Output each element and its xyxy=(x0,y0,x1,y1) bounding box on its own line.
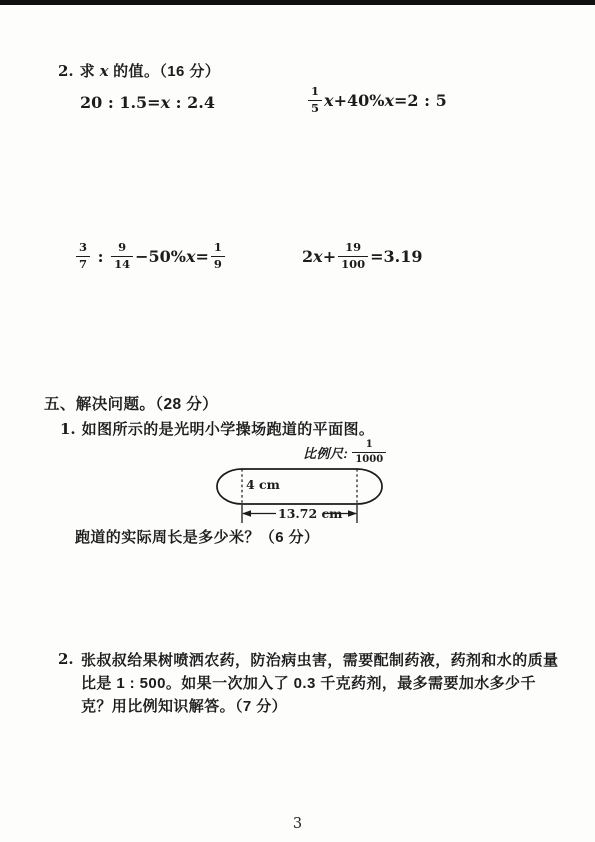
section-five-heading: 五、解决问题。（28 分） xyxy=(44,395,218,416)
scale-fraction: 1 1000 xyxy=(352,440,386,465)
fraction-denominator: 14 xyxy=(111,256,133,271)
fraction: 15 xyxy=(308,86,322,114)
heading-text-post: 的值。（16 分） xyxy=(109,63,221,80)
problem-2-text: 张叔叔给果树喷洒农药，防治病虫害，需要配制药液，药剂和水的质量 比是 1 : 5… xyxy=(81,649,558,718)
problem-2-line-2: 比是 1 : 500。如果一次加入了 0.3 千克药剂，最多需要加水多少千 xyxy=(81,672,558,695)
fraction-denominator: 7 xyxy=(76,256,90,271)
math-text: +40% xyxy=(334,91,385,110)
scale-fraction-numerator: 1 xyxy=(363,440,376,452)
fraction-numerator: 9 xyxy=(115,242,129,256)
problem-1-text: 如图所示的是光明小学操场跑道的平面图。 xyxy=(82,421,375,438)
equation-3: 37 : 914−50%x=19 xyxy=(74,242,227,270)
problem-2-statement: 2. 张叔叔给果树喷洒农药，防治病虫害，需要配制药液，药剂和水的质量 比是 1 … xyxy=(58,649,558,718)
scan-edge-bar xyxy=(0,0,595,5)
fraction-numerator: 1 xyxy=(308,86,322,100)
heading-text-pre: 求 xyxy=(80,63,100,80)
math-text: : 2.4 xyxy=(170,93,215,112)
fraction: 19100 xyxy=(338,242,368,270)
math-text: : xyxy=(92,247,109,266)
math-text: 20 : 1.5= xyxy=(80,93,161,112)
right-arrowhead xyxy=(348,510,357,516)
equation-4: 2x+19100=3.19 xyxy=(302,242,422,270)
straight-length-label: 13.72 cm xyxy=(278,506,342,521)
math-variable: x xyxy=(161,93,171,112)
problem-1-question: 跑道的实际周长是多少米？（6 分） xyxy=(75,528,319,548)
math-text: =2 : 5 xyxy=(394,91,447,110)
track-outline xyxy=(217,469,382,504)
page-number: 3 xyxy=(0,816,595,832)
math-variable: x xyxy=(324,91,334,110)
math-text: −50% xyxy=(135,247,186,266)
left-arrowhead xyxy=(242,510,251,516)
fraction: 37 xyxy=(76,242,90,270)
fraction-numerator: 19 xyxy=(342,242,364,256)
fraction: 19 xyxy=(211,242,225,270)
math-variable: x xyxy=(313,247,323,266)
fraction-denominator: 9 xyxy=(211,256,225,271)
scale-fraction-denominator: 1000 xyxy=(352,452,386,465)
fraction-numerator: 3 xyxy=(76,242,90,256)
problem-1-number: 1. xyxy=(60,420,76,438)
problem-2-line-1: 张叔叔给果树喷洒农药，防治病虫害，需要配制药液，药剂和水的质量 xyxy=(81,649,558,672)
solve-x-heading: 2.求 x 的值。（16 分） xyxy=(58,61,220,82)
math-text: = xyxy=(196,247,209,266)
fraction-numerator: 1 xyxy=(211,242,225,256)
equation-2: 15x+40%x=2 : 5 xyxy=(306,86,447,114)
problem-2-line-3: 克？用比例知识解答。（7 分） xyxy=(81,695,558,718)
scale-label-group: 比例尺: 1 1000 xyxy=(303,440,388,465)
heading-variable-x: x xyxy=(100,62,109,80)
equation-1: 20 : 1.5=x : 2.4 xyxy=(80,93,215,112)
fraction-denominator: 100 xyxy=(338,256,368,271)
math-text: 2 xyxy=(302,247,313,266)
fraction-denominator: 5 xyxy=(308,100,322,115)
math-variable: x xyxy=(186,247,196,266)
math-text: =3.19 xyxy=(370,247,422,266)
fraction: 914 xyxy=(111,242,133,270)
heading-number: 2. xyxy=(58,62,74,80)
problem-2-number: 2. xyxy=(58,649,75,718)
problem-1-statement: 1.如图所示的是光明小学操场跑道的平面图。 xyxy=(60,419,374,440)
math-variable: x xyxy=(384,91,394,110)
scale-label: 比例尺: xyxy=(303,443,348,462)
test-paper-page: 2.求 x 的值。（16 分） 20 : 1.5=x : 2.4 15x+40%… xyxy=(0,0,595,842)
track-width-label: 4 cm xyxy=(246,477,280,492)
math-text: + xyxy=(323,247,336,266)
